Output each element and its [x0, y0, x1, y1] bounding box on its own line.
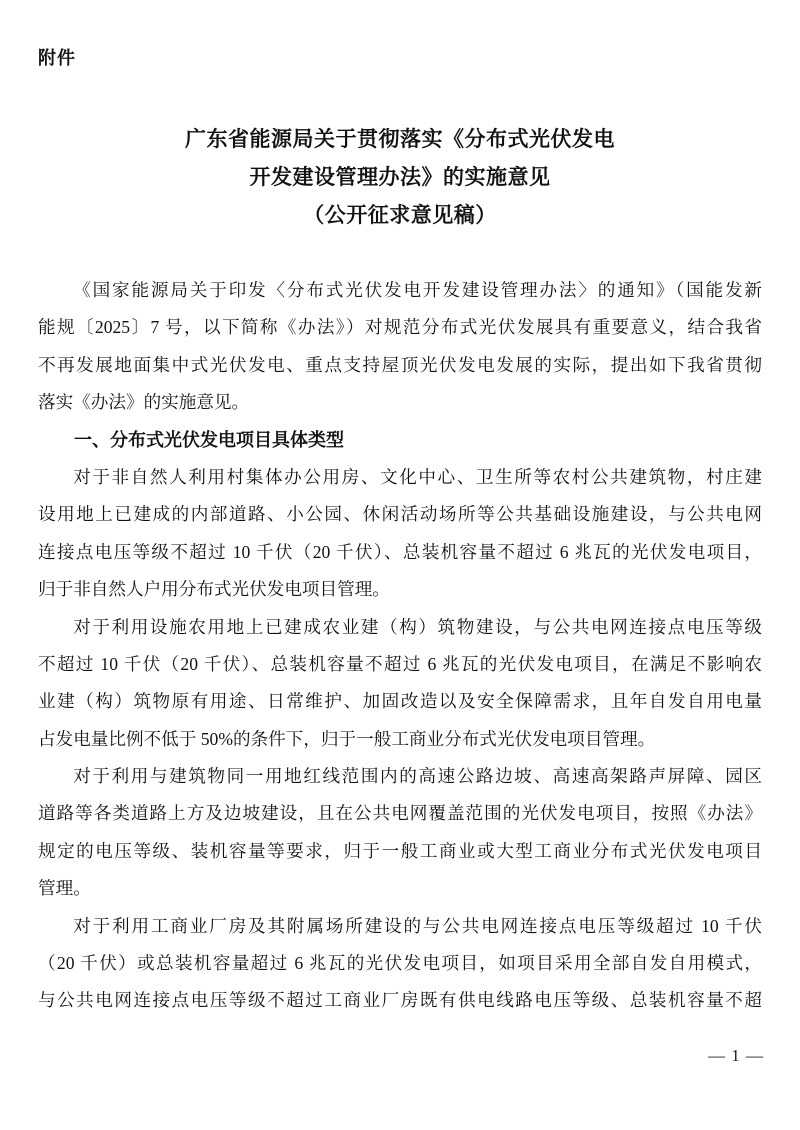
body-line: 设用地上已建成的内部道路、小公园、休闲活动场所等公共基础设施建设，与公共电网 — [38, 496, 762, 533]
body-line: 能规〔2025〕7 号，以下简称《办法》）对规范分布式光伏发展具有重要意义，结合… — [38, 309, 762, 346]
doc-body: 《国家能源局关于印发〈分布式光伏发电开发建设管理办法〉的通知》（国能发新 能规〔… — [38, 272, 762, 1020]
body-line: 落实《办法》的实施意见。 — [38, 384, 762, 421]
body-line: （20 千伏）或总装机容量超过 6 兆瓦的光伏发电项目，如项目采用全部自发自用模… — [38, 945, 762, 982]
body-line: 管理。 — [38, 870, 762, 907]
section-heading: 一、分布式光伏发电项目具体类型 — [38, 422, 762, 459]
attachment-label: 附件 — [38, 44, 76, 70]
body-line: 对于非自然人利用村集体办公用房、文化中心、卫生所等农村公共建筑物，村庄建 — [38, 459, 762, 496]
body-line: 与公共电网连接点电压等级不超过工商业厂房既有供电线路电压等级、总装机容量不超 — [38, 982, 762, 1019]
body-line: 归于非自然人户用分布式光伏发电项目管理。 — [38, 571, 762, 608]
doc-title-line-3: （公开征求意见稿） — [0, 196, 800, 234]
doc-title: 广东省能源局关于贯彻落实《分布式光伏发电 开发建设管理办法》的实施意见 （公开征… — [0, 120, 800, 234]
body-line: 《国家能源局关于印发〈分布式光伏发电开发建设管理办法〉的通知》（国能发新 — [38, 272, 762, 309]
body-line: 连接点电压等级不超过 10 千伏（20 千伏）、总装机容量不超过 6 兆瓦的光伏… — [38, 534, 762, 571]
body-line: 不超过 10 千伏（20 千伏）、总装机容量不超过 6 兆瓦的光伏发电项目，在满… — [38, 646, 762, 683]
doc-title-line-2: 开发建设管理办法》的实施意见 — [0, 158, 800, 196]
body-line: 对于利用工商业厂房及其附属场所建设的与公共电网连接点电压等级超过 10 千伏 — [38, 908, 762, 945]
doc-title-line-1: 广东省能源局关于贯彻落实《分布式光伏发电 — [0, 120, 800, 158]
body-line: 对于利用与建筑物同一用地红线范围内的高速公路边坡、高速高架路声屏障、园区 — [38, 758, 762, 795]
body-line: 道路等各类道路上方及边坡建设，且在公共电网覆盖范围的光伏发电项目，按照《办法》 — [38, 795, 762, 832]
body-line: 对于利用设施农用地上已建成农业建（构）筑物建设，与公共电网连接点电压等级 — [38, 609, 762, 646]
body-line: 业建（构）筑物原有用途、日常维护、加固改造以及安全保障需求，且年自发自用电量 — [38, 683, 762, 720]
page-number: — 1 — — [708, 1046, 764, 1066]
body-line: 规定的电压等级、装机容量等要求，归于一般工商业或大型工商业分布式光伏发电项目 — [38, 833, 762, 870]
body-line: 占发电量比例不低于 50%的条件下，归于一般工商业分布式光伏发电项目管理。 — [38, 721, 762, 758]
document-page: 附件 广东省能源局关于贯彻落实《分布式光伏发电 开发建设管理办法》的实施意见 （… — [0, 0, 800, 1130]
body-line: 不再发展地面集中式光伏发电、重点支持屋顶光伏发电发展的实际，提出如下我省贯彻 — [38, 347, 762, 384]
